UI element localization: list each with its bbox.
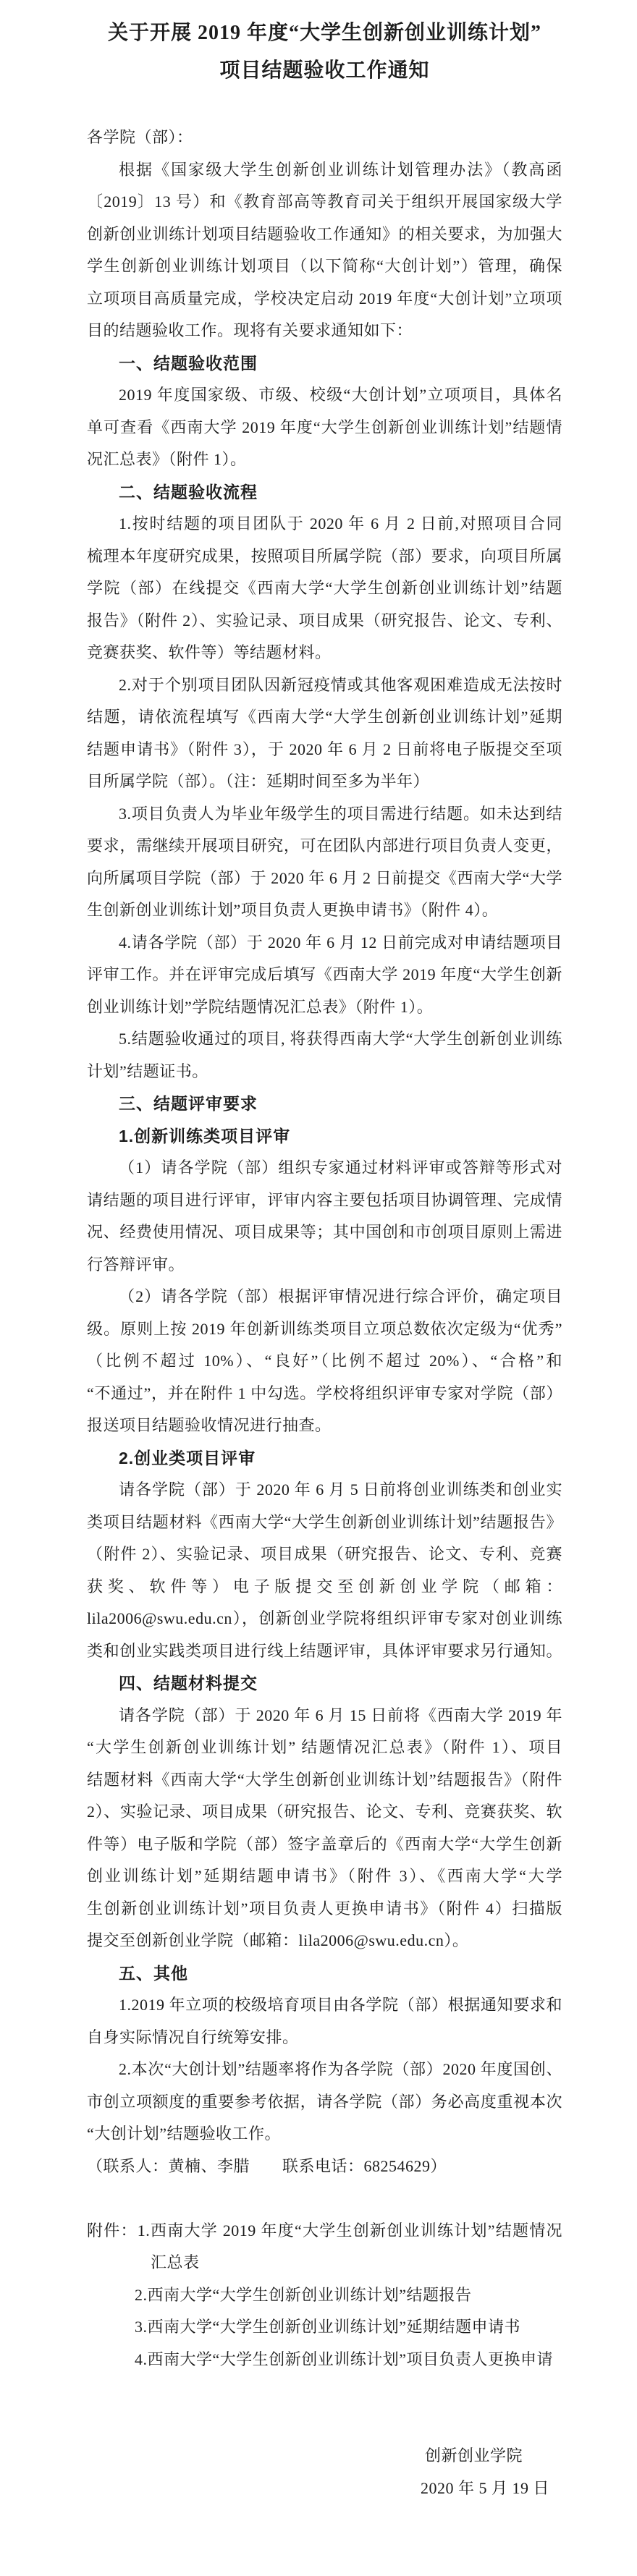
text-line: 2019 年度国家级、市级、校级“大创计划”立项项目，具体名: [87, 379, 562, 412]
text-line: 报送项目结题验收情况进行抽查。: [87, 1410, 562, 1442]
text-line: 单可查看《西南大学 2019 年度“大学生创新创业训练计划”结题情: [87, 412, 562, 444]
text-line: 梳理本年度研究成果，按照项目所属学院（部）要求，向项目所属: [87, 541, 562, 573]
text-line: 2.本次“大创计划”结题率将作为各学院（部）2020 年度国创、: [87, 2054, 562, 2086]
text-line: 目所属学院（部）。（注：延期时间至多为半年）: [87, 766, 562, 798]
text-line: （附件 2）、实验记录、项目成果（研究报告、论文、专利、竞赛: [87, 1538, 562, 1571]
text-line: 2）、实验记录、项目成果（研究报告、论文、专利、竞赛获奖、软: [87, 1796, 562, 1829]
text-line: 创业训练计划”学院结题情况汇总表》（附件 1）。: [87, 991, 562, 1024]
text-line: 结题，请依流程填写《西南大学“大学生创新创业训练计划”延期: [87, 701, 562, 734]
section-heading-5: 五、其他: [87, 1957, 562, 1990]
text-line: 提交至创新创业学院（邮箱：lila2006@swu.edu.cn）。: [87, 1925, 562, 1957]
text-line: 类和创业实践类项目进行线上结题评审，具体评审要求另行通知。: [87, 1635, 562, 1668]
text-line: 4.请各学院（部）于 2020 年 6 月 12 日前完成对申请结题项目的: [87, 927, 562, 959]
document-title-line-2: 项目结题验收工作通知: [87, 52, 562, 90]
section-heading-3: 三、结题评审要求: [87, 1088, 562, 1120]
text-line: lila2006@swu.edu.cn），创新创业学院将组织评审专家对创业训练: [87, 1603, 562, 1635]
text-line: 1.2019 年立项的校级培育项目由各学院（部）根据通知要求和: [87, 1989, 562, 2022]
text-line: 根据《国家级大学生创新创业训练计划管理办法》（教高函: [87, 154, 562, 187]
text-line: 竞赛获奖、软件等）等结题材料。: [87, 637, 562, 669]
spacer: [87, 2376, 562, 2408]
text-line: 创业训练计划”延期结题申请书》（附件 3）、《西南大学“大学: [87, 1860, 562, 1893]
text-line: 〔2019〕13 号）和《教育部高等教育司关于组织开展国家级大学生: [87, 186, 562, 219]
attachment-line-1-cont: 汇总表: [87, 2247, 562, 2279]
text-line: 生创新创业训练计划”项目负责人更换申请书》（附件 4）扫描版: [87, 1893, 562, 1925]
text-line: 学院（部）在线提交《西南大学“大学生创新创业训练计划”结题: [87, 572, 562, 605]
text-line: 请结题的项目进行评审，评审内容主要包括项目协调管理、完成情: [87, 1185, 562, 1217]
text-line: 3.项目负责人为毕业年级学生的项目需进行结题。如未达到结题: [87, 798, 562, 831]
text-line: 生创新创业训练计划”项目负责人更换申请书》（附件 4）。: [87, 894, 562, 927]
section-heading-4: 四、结题材料提交: [87, 1667, 562, 1700]
text-line: 获奖、软件等）电子版提交至创新创业学院（邮箱：: [87, 1571, 562, 1603]
attachment-line-2: 2.西南大学“大学生创新创业训练计划”结题报告: [87, 2279, 562, 2312]
section-heading-2: 二、结题验收流程: [87, 476, 562, 509]
text-line: （比例不超过 10%）、“良好”（比例不超过 20%）、“合格”和: [87, 1345, 562, 1378]
issue-date: 2020 年 5 月 19 日: [87, 2473, 562, 2505]
attachment-line-1: 附件：1.西南大学 2019 年度“大学生创新创业训练计划”结题情况: [87, 2215, 562, 2247]
text-line: “大学生创新创业训练计划” 结题情况汇总表》（附件 1）、项目: [87, 1732, 562, 1764]
text-line: 件等）电子版和学院（部）签字盖章后的《西南大学“大学生创新: [87, 1829, 562, 1861]
text-line: 况、经费使用情况、项目成果等；其中国创和市创项目原则上需进: [87, 1216, 562, 1249]
text-line: 立项项目高质量完成，学校决定启动 2019 年度“大创计划”立项项: [87, 283, 562, 315]
spacer: [87, 2408, 562, 2441]
subsection-heading-3-1: 1.创新训练类项目评审: [87, 1120, 562, 1153]
text-line: 类项目结题材料《西南大学“大学生创新创业训练计划”结题报告》: [87, 1507, 562, 1539]
text-line: 请各学院（部）于 2020 年 6 月 15 日前将《西南大学 2019 年度: [87, 1700, 562, 1732]
text-line: 学生创新创业训练计划项目（以下简称“大创计划”）管理，确保: [87, 250, 562, 283]
text-line: 级。原则上按 2019 年创新训练类项目立项总数依次定级为“优秀”: [87, 1313, 562, 1346]
document-title-line-1: 关于开展 2019 年度“大学生创新创业训练计划”: [87, 14, 562, 52]
text-line: 行答辩评审。: [87, 1249, 562, 1281]
notice-document: 关于开展 2019 年度“大学生创新创业训练计划”项目结题验收工作通知各学院（部…: [0, 0, 637, 2576]
text-line: 评审工作。并在评审完成后填写《西南大学 2019 年度“大学生创新: [87, 959, 562, 991]
text-line: “大创计划”结题验收工作。: [87, 2118, 562, 2151]
text-line: 1.按时结题的项目团队于 2020 年 6 月 2 日前,对照项目合同书，: [87, 508, 562, 541]
text-line: “不通过”，并在附件 1 中勾选。学校将组织评审专家对学院（部）: [87, 1378, 562, 1410]
attachment-line-3: 3.西南大学“大学生创新创业训练计划”延期结题申请书: [87, 2311, 562, 2344]
subsection-heading-3-2: 2.创业类项目评审: [87, 1442, 562, 1475]
text-line: 结题申请书》（附件 3），于 2020 年 6 月 2 日前将电子版提交至项: [87, 734, 562, 766]
issuer-signature: 创新创业学院: [87, 2440, 562, 2473]
section-heading-1: 一、结题验收范围: [87, 347, 562, 380]
text-line: 向所属项目学院（部）于 2020 年 6 月 2 日前提交《西南大学“大学: [87, 863, 562, 895]
text-line: 自身实际情况自行统筹安排。: [87, 2022, 562, 2054]
text-line: （1）请各学院（部）组织专家通过材料评审或答辩等形式对申: [87, 1152, 562, 1185]
document-content: 关于开展 2019 年度“大学生创新创业训练计划”项目结题验收工作通知各学院（部…: [87, 14, 562, 2504]
text-line: 况汇总表》（附件 1）。: [87, 444, 562, 476]
text-line: 市创立项额度的重要参考依据，请各学院（部）务必高度重视本次: [87, 2086, 562, 2119]
contact-line: （联系人：黄楠、李腊 联系电话：68254629）: [87, 2151, 562, 2183]
spacer: [87, 2182, 562, 2215]
text-line: 要求，需继续开展项目研究，可在团队内部进行项目负责人变更，: [87, 830, 562, 863]
salutation: 各学院（部）：: [87, 122, 562, 154]
text-line: 计划”结题证书。: [87, 1056, 562, 1088]
text-line: （2）请各学院（部）根据评审情况进行综合评价，确定项目等: [87, 1281, 562, 1313]
attachment-line-4: 4.西南大学“大学生创新创业训练计划”项目负责人更换申请书: [87, 2344, 562, 2376]
text-line: 目的结题验收工作。现将有关要求通知如下：: [87, 315, 562, 347]
text-line: 结题材料《西南大学“大学生创新创业训练计划”结题报告》（附件: [87, 1764, 562, 1797]
text-line: 创新创业训练计划项目结题验收工作通知》的相关要求，为加强大: [87, 219, 562, 251]
text-line: 报告》（附件 2）、实验记录、项目成果（研究报告、论文、专利、: [87, 605, 562, 637]
text-line: 5.结题验收通过的项目, 将获得西南大学“大学生创新创业训练: [87, 1023, 562, 1056]
text-line: 请各学院（部）于 2020 年 6 月 5 日前将创业训练类和创业实践: [87, 1474, 562, 1507]
text-line: 2.对于个别项目团队因新冠疫情或其他客观困难造成无法按时: [87, 669, 562, 702]
